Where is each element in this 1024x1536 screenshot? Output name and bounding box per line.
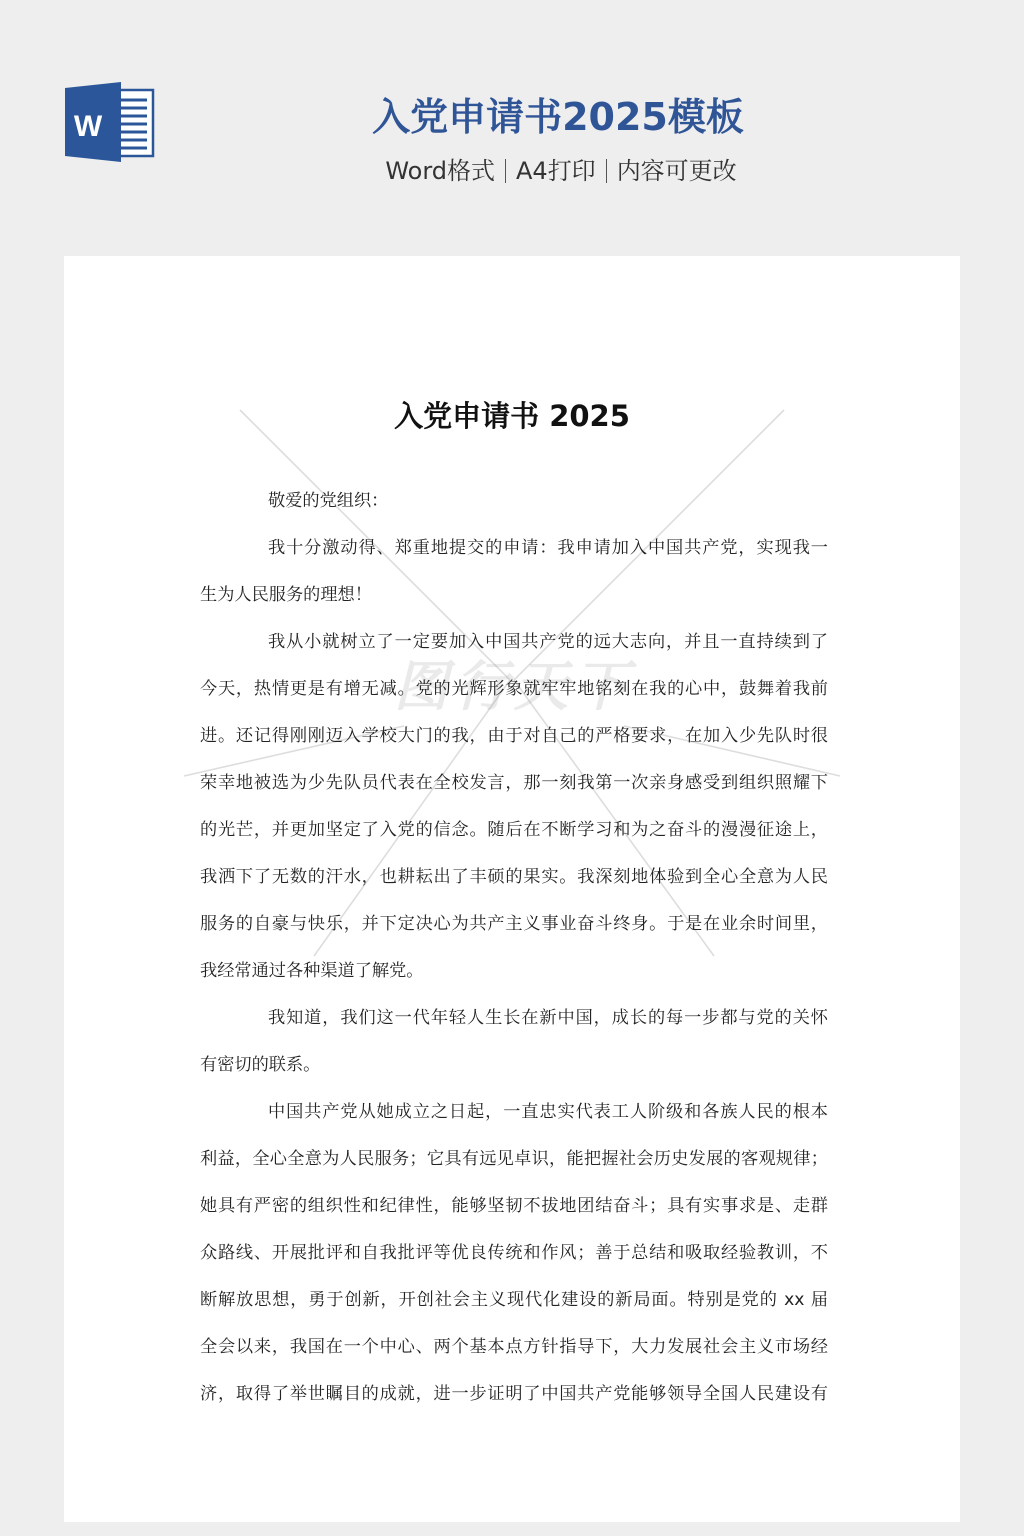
body-line: 我经常通过各种渠道了解党。 [200,948,828,995]
body-line: 荣幸地被选为少先队员代表在全校发言，那一刻我第一次亲身感受到组织照耀下 [200,760,828,807]
body-line: 她具有严密的组织性和纪律性，能够坚韧不拔地团结奋斗；具有实事求是、走群 [200,1183,828,1230]
body-line: 全会以来，我国在一个中心、两个基本点方针指导下，大力发展社会主义市场经 [200,1324,828,1371]
body-line: 服务的自豪与快乐，并下定决心为共产主义事业奋斗终身。于是在业余时间里， [200,901,828,948]
body-line: 我洒下了无数的汗水，也耕耘出了丰硕的果实。我深刻地体验到全心全意为人民 [200,854,828,901]
salutation: 敬爱的党组织： [200,478,828,525]
body-line: 中国共产党从她成立之日起，一直忠实代表工人阶级和各族人民的根本 [200,1089,828,1136]
body-line: 我十分激动得、郑重地提交的申请：我申请加入中国共产党，实现我一 [200,525,828,572]
document-page: 图行天下 入党申请书 2025 敬爱的党组织： 我十分激动得、郑重地提交的申请：… [64,256,960,1522]
body-line: 的光芒，并更加坚定了入党的信念。随后在不断学习和为之奋斗的漫漫征途上， [200,807,828,854]
body-line: 济，取得了举世瞩目的成就，进一步证明了中国共产党能够领导全国人民建设有 [200,1371,828,1418]
body-line: 我从小就树立了一定要加入中国共产党的远大志向，并且一直持续到了 [200,619,828,666]
document-body: 敬爱的党组织： 我十分激动得、郑重地提交的申请：我申请加入中国共产党，实现我一 … [200,478,828,1418]
page-subtitle: Word格式A4打印内容可更改 [0,154,1024,188]
body-line: 有密切的联系。 [200,1042,828,1089]
body-line: 断解放思想，勇于创新，开创社会主义现代化建设的新局面。特别是党的 xx 届 [200,1277,828,1324]
body-line: 今天，热情更是有增无减。党的光辉形象就牢牢地铭刻在我的心中，鼓舞着我前 [200,666,828,713]
subtitle-format: Word格式 [385,157,495,185]
body-line: 我知道，我们这一代年轻人生长在新中国，成长的每一步都与党的关怀 [200,995,828,1042]
subtitle-editable: 内容可更改 [617,157,737,185]
separator [505,159,506,183]
body-line: 利益，全心全意为人民服务；它具有远见卓识，能把握社会历史发展的客观规律； [200,1136,828,1183]
body-line: 众路线、开展批评和自我批评等优良传统和作风；善于总结和吸取经验教训，不 [200,1230,828,1277]
subtitle-print: A4打印 [516,157,596,185]
page-title: 入党申请书2025模板 [0,92,1024,142]
body-line: 生为人民服务的理想！ [200,572,828,619]
separator [606,159,607,183]
body-line: 进。还记得刚刚迈入学校大门的我，由于对自己的严格要求，在加入少先队时很 [200,713,828,760]
document-title: 入党申请书 2025 [64,396,960,436]
